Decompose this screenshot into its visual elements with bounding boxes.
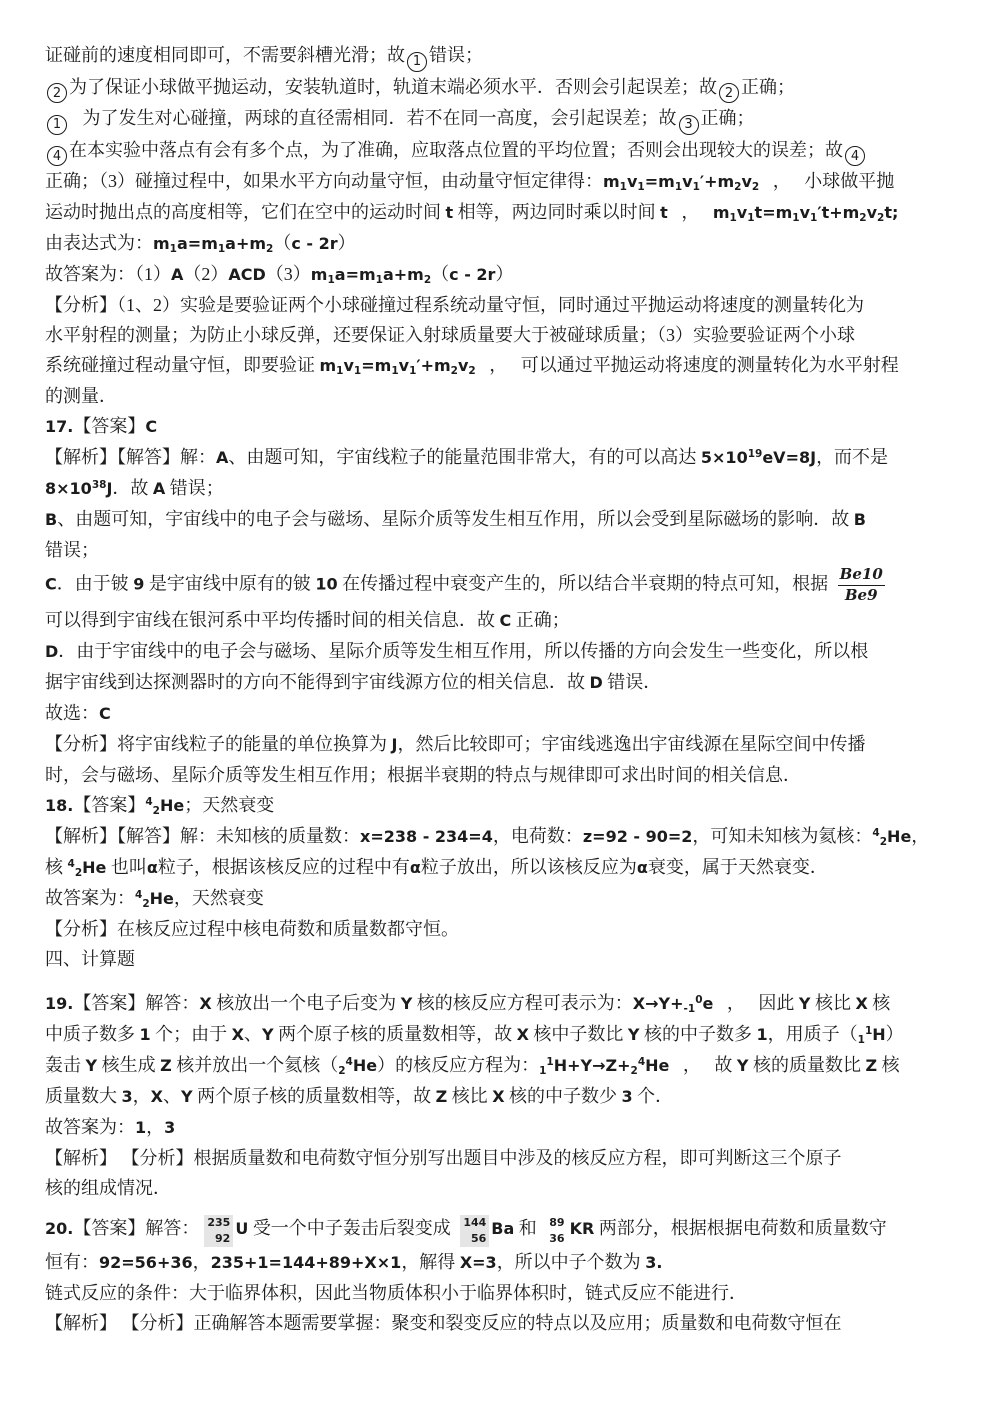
zh-text: ，用质子（	[768, 1024, 858, 1044]
doc-line: 水平射程的测量；为防止小球反弹，还要保证入射球质量要大于被碰球质量；（3）实验要…	[45, 320, 948, 350]
formula: C	[45, 575, 57, 594]
zh-text: 故答案为：（1）	[45, 264, 171, 284]
doc-line: B、由题可知，宇宙线中的电子会与磁场、星际介质等发生相互作用，所以会受到星际磁场…	[45, 504, 948, 535]
formula: Z	[160, 1056, 172, 1075]
formula: α	[147, 858, 158, 877]
formula: 1	[135, 1118, 146, 1137]
formula: x=238 - 234=4	[360, 827, 493, 846]
mass-number: 235	[204, 1215, 233, 1231]
fraction: Be10Be9	[838, 565, 885, 605]
zh-text: 【分析】将宇宙线粒子的能量的单位换算为	[45, 734, 392, 754]
formula: Y	[628, 1025, 640, 1044]
doc-line: 4在本实验中落点有会有多个点，为了准确，应取落点位置的平均位置；否则会出现较大的…	[45, 135, 948, 167]
zh-text: 核	[45, 857, 68, 877]
zh-text: 个．	[633, 1086, 674, 1106]
doc-line: 证碰前的速度相同即可，不需要斜槽光滑；故1错误；	[45, 40, 948, 72]
zh-text: ；天然衰变	[184, 795, 274, 815]
zh-text: 在传播过程中衰变产生的，所以结合半衰期的特点可知，根据	[338, 574, 833, 594]
zh-text: （2）	[183, 264, 228, 284]
zh-text: 链式反应的条件：大于临界体积，因此当物质体积小于临界体积时，链式反应不能进行．	[45, 1283, 747, 1303]
formula: 3	[622, 1087, 633, 1106]
zh-text: ， 因此	[713, 993, 799, 1013]
formula: 11H	[858, 1025, 886, 1044]
zh-text: ， 故	[669, 1055, 737, 1075]
doc-line: 质量数大 3，X、Y 两个原子核的质量数相等，故 Z 核比 X 核的中子数少 3…	[45, 1081, 948, 1112]
circled-number: 1	[407, 52, 427, 72]
zh-text: 【分析】在核反应过程中核电荷数和质量数都守恒。	[45, 919, 459, 939]
formula: X	[199, 994, 211, 1013]
formula: 1	[140, 1025, 151, 1044]
formula: X=3	[460, 1253, 497, 1272]
zh-text: 【答案】解答：	[73, 993, 199, 1013]
fraction-denominator: Be9	[838, 586, 885, 606]
formula: 42He	[872, 827, 911, 846]
nuclide-stack: 14456	[460, 1215, 489, 1247]
zh-text: 故答案为：	[45, 1117, 135, 1137]
formula: ACD	[228, 265, 265, 284]
formula: t	[660, 203, 668, 222]
zh-text: 【解析】 【分析】根据质量数和电荷数守恒分别写出题目中涉及的核反应方程，即可判断…	[45, 1148, 842, 1168]
doc-line: 【解析】【解答】解：A、由题可知，宇宙线粒子的能量范围非常大，有的可以高达 5×…	[45, 442, 948, 473]
zh-text: 由表达式为：	[45, 233, 153, 253]
zh-text: 在本实验中落点有会有多个点，为了准确，应取落点位置的平均位置；否则会出现较大的误…	[69, 140, 843, 160]
formula: Y	[737, 1056, 749, 1075]
doc-line: 时，会与磁场、星际介质等发生相互作用；根据半衰期的特点与规律即可求出时间的相关信…	[45, 760, 948, 790]
zh-text: 正确；（3）碰撞过程中，如果水平方向动量守恒，由动量守恒定律得：	[45, 171, 603, 191]
doc-line: 1 为了发生对心碰撞，两球的直径需相同．若不在同一高度，会引起误差；故3正确；	[45, 103, 948, 135]
zh-text: 、	[163, 1086, 181, 1106]
zh-text: ，	[668, 202, 713, 222]
zh-text: 核的组成情况．	[45, 1178, 171, 1198]
doc-line: 故答案为：42He，天然衰变	[45, 883, 948, 914]
fraction-numerator: Be10	[838, 565, 885, 586]
formula: m1a=m1a+m2	[153, 234, 273, 253]
circled-number: 3	[679, 115, 699, 135]
formula: X→Y+-10e	[633, 994, 714, 1013]
formula: 5×1019eV=8J	[701, 448, 816, 467]
doc-line: 8×1038J．故 A 错误；	[45, 473, 948, 504]
circled-number: 1	[47, 115, 67, 135]
doc-line: 可以得到宇宙线在银河系中平均传播时间的相关信息．故 C 正确；	[45, 605, 948, 636]
doc-line: 18.【答案】42He；天然衰变	[45, 790, 948, 821]
zh-text: 故选：	[45, 703, 99, 723]
doc-line: 核的组成情况．	[45, 1173, 948, 1203]
mass-number: 89	[546, 1215, 567, 1231]
zh-text: 核	[868, 993, 891, 1013]
doc-line: 轰击 Y 核生成 Z 核并放出一个氦核（24He）的核反应方程为：11H+Y→Z…	[45, 1050, 948, 1081]
zh-text: 核的质量数比	[748, 1055, 865, 1075]
formula: 8×1038J	[45, 479, 112, 498]
formula: m1v1t=m1v1′t+m2v2t;	[713, 203, 899, 222]
zh-text: ．由于铍	[57, 574, 134, 594]
doc-line: 20.【答案】解答：23592U 受一个中子轰击后裂变成 14456Ba 和 8…	[45, 1213, 948, 1247]
formula: X	[151, 1087, 163, 1106]
zh-text: 是宇宙线中原有的铍	[144, 574, 315, 594]
doc-line: 【解析】 【分析】正确解答本题需要掌握：聚变和裂变反应的特点以及应用；质量数和电…	[45, 1308, 948, 1338]
formula: Y	[181, 1087, 193, 1106]
formula: B	[45, 510, 57, 529]
zh-text: 两部分，根据根据电荷数和质量数守	[594, 1218, 887, 1238]
doc-line: 链式反应的条件：大于临界体积，因此当物质体积小于临界体积时，链式反应不能进行．	[45, 1278, 948, 1308]
document-page: 证碰前的速度相同即可，不需要斜槽光滑；故1错误；2为了保证小球做平抛运动，安装轨…	[0, 0, 992, 1403]
zh-text: 正确；	[741, 77, 795, 97]
doc-line: 错误；	[45, 535, 948, 565]
formula: 24He	[338, 1056, 377, 1075]
atomic-number: 36	[546, 1231, 567, 1247]
zh-text: 核中子数比	[529, 1024, 628, 1044]
zh-text: 、	[244, 1024, 262, 1044]
formula: 3	[122, 1087, 133, 1106]
formula: m1a=m1a+m2	[311, 265, 431, 284]
doc-line: 17.【答案】C	[45, 411, 948, 442]
zh-text: 核的中子数少	[505, 1086, 622, 1106]
doc-line: 【解析】 【分析】根据质量数和电荷数守恒分别写出题目中涉及的核反应方程，即可判断…	[45, 1143, 948, 1173]
doc-line: 四、计算题	[45, 944, 948, 974]
zh-text: 【解析】 【分析】正确解答本题需要掌握：聚变和裂变反应的特点以及应用；质量数和电…	[45, 1313, 842, 1333]
zh-text: （	[273, 233, 291, 253]
zh-text: 【答案】解答：	[73, 1218, 199, 1238]
formula: m1v1=m1v1′+m2v2	[320, 356, 476, 375]
zh-text: 粒子，根据该核反应的过程中有	[158, 857, 410, 877]
zh-text: 为了发生对心碰撞，两球的直径需相同．若不在同一高度，会引起误差；故	[69, 108, 677, 128]
formula: Z	[865, 1056, 877, 1075]
doc-line: 故选：C	[45, 698, 948, 729]
formula: z=92 - 90=2	[583, 827, 693, 846]
doc-line: 中质子数多 1 个；由于 X、Y 两个原子核的质量数相等，故 X 核中子数比 Y…	[45, 1019, 948, 1050]
zh-text: 核的核反应方程可表示为：	[412, 993, 633, 1013]
zh-text: ）的核反应方程为：	[377, 1055, 539, 1075]
formula: Y	[86, 1056, 98, 1075]
zh-text: 恒有：	[45, 1252, 99, 1272]
zh-text: 【解析】【解答】解：未知核的质量数：	[45, 826, 360, 846]
doc-line: 由表达式为：m1a=m1a+m2（c - 2r）	[45, 228, 948, 259]
formula: Y	[799, 994, 811, 1013]
zh-text: 核	[877, 1055, 900, 1075]
zh-text: 正确；	[701, 108, 755, 128]
formula: B	[854, 510, 866, 529]
doc-line: 核 42He 也叫α粒子，根据该核反应的过程中有α粒子放出，所以该核反应为α衰变…	[45, 852, 948, 883]
zh-text: 正确；	[511, 610, 570, 630]
formula: D	[590, 673, 603, 692]
zh-text: 核的中子数多	[640, 1024, 757, 1044]
zh-text: ，然后比较即可；宇宙线逃逸出宇宙线源在星际空间中传播	[397, 734, 865, 754]
formula: 42He	[68, 858, 107, 877]
formula: m1v1=m1v1′+m2v2	[603, 172, 759, 191]
circled-number: 2	[719, 83, 739, 103]
zh-text: 、由题可知，宇宙线中的电子会与磁场、星际介质等发生相互作用，所以会受到星际磁场的…	[57, 509, 854, 529]
doc-line: 【分析】（1、2）实验是要验证两个小球碰撞过程系统动量守恒，同时通过平抛运动将速…	[45, 290, 948, 320]
formula: C	[500, 611, 512, 630]
zh-text: ，而不是	[816, 447, 888, 467]
zh-text: ，电荷数：	[493, 826, 583, 846]
zh-text: 运动时抛出点的高度相等，它们在空中的运动时间	[45, 202, 446, 222]
formula: α	[410, 858, 421, 877]
circled-number: 4	[845, 146, 865, 166]
zh-text: 核比	[810, 993, 855, 1013]
doc-line: 【解析】【解答】解：未知核的质量数：x=238 - 234=4，电荷数：z=92…	[45, 821, 948, 852]
zh-text: ．故	[112, 478, 153, 498]
zh-text: 两个原子核的质量数相等，故	[193, 1086, 436, 1106]
zh-text: 错误．	[603, 672, 662, 692]
formula: Y	[262, 1025, 274, 1044]
zh-text: ，天然衰变	[174, 888, 264, 908]
zh-text: ，可知未知核为氦核：	[692, 826, 872, 846]
zh-text: 水平射程的测量；为防止小球反弹，还要保证入射球质量要大于被碰球质量；（3）实验要…	[45, 325, 855, 345]
zh-text: 错误；	[45, 540, 99, 560]
circled-number: 4	[47, 146, 67, 166]
zh-text: ）	[886, 1024, 904, 1044]
doc-line: 故答案为：（1）A（2）ACD（3）m1a=m1a+m2（c - 2r）	[45, 259, 948, 290]
zh-text: 时，会与磁场、星际介质等发生相互作用；根据半衰期的特点与规律即可求出时间的相关信…	[45, 765, 801, 785]
formula: A	[171, 265, 183, 284]
formula: X	[855, 994, 867, 1013]
formula: KR	[570, 1219, 595, 1238]
zh-text: ， 小球做平抛	[759, 171, 894, 191]
formula: D	[45, 642, 58, 661]
zh-text: ，	[911, 826, 929, 846]
zh-text: ，	[146, 1117, 164, 1137]
formula: C	[99, 704, 111, 723]
zh-text: 轰击	[45, 1055, 86, 1075]
formula: 11H+Y→Z+24He	[539, 1056, 669, 1075]
zh-text: ）	[495, 264, 513, 284]
formula: X	[232, 1025, 244, 1044]
zh-text: ，	[133, 1086, 151, 1106]
formula: C	[145, 417, 157, 436]
formula: U	[235, 1219, 248, 1238]
formula: Y	[401, 994, 413, 1013]
formula: c - 2r	[449, 265, 495, 284]
zh-text: 核比	[447, 1086, 492, 1106]
formula: t	[446, 203, 454, 222]
zh-text: 两个原子核的质量数相等，故	[274, 1024, 517, 1044]
zh-text: ）	[338, 233, 356, 253]
doc-line: 正确；（3）碰撞过程中，如果水平方向动量守恒，由动量守恒定律得：m1v1=m1v…	[45, 166, 948, 197]
zh-text: 【答案】	[73, 416, 145, 436]
zh-text: ，所以中子个数为	[497, 1252, 646, 1272]
zh-text: 质量数大	[45, 1086, 122, 1106]
formula: α	[637, 858, 648, 877]
doc-line: 故答案为：1，3	[45, 1112, 948, 1143]
zh-text: 受一个中子轰击后裂变成	[248, 1218, 455, 1238]
formula: Ba	[491, 1219, 514, 1238]
zh-text: 也叫	[106, 857, 147, 877]
zh-text: 四、计算题	[45, 949, 135, 969]
zh-text: ， 可以通过平抛运动将速度的测量转化为水平射程	[476, 355, 899, 375]
zh-text: 粒子放出，所以该核反应为	[421, 857, 637, 877]
formula: A	[153, 479, 165, 498]
formula: 18.	[45, 796, 73, 815]
zh-text: 【答案】	[73, 795, 145, 815]
zh-text: 【分析】（1、2）实验是要验证两个小球碰撞过程系统动量守恒，同时通过平抛运动将速…	[45, 295, 864, 315]
formula: 92=56+36	[99, 1253, 193, 1272]
zh-text: 可以得到宇宙线在银河系中平均传播时间的相关信息．故	[45, 610, 500, 630]
doc-line: 【分析】将宇宙线粒子的能量的单位换算为 J，然后比较即可；宇宙线逃逸出宇宙线源在…	[45, 729, 948, 760]
atomic-number: 92	[204, 1231, 233, 1247]
zh-text: ．由于宇宙线中的电子会与磁场、星际介质等发生相互作用，所以传播的方向会发生一些变…	[58, 641, 868, 661]
zh-text: 核并放出一个氦核（	[172, 1055, 339, 1075]
formula: X	[517, 1025, 529, 1044]
zh-text: 核生成	[97, 1055, 160, 1075]
doc-line: 据宇宙线到达探测器时的方向不能得到宇宙线源方位的相关信息．故 D 错误．	[45, 667, 948, 698]
mass-number: 144	[460, 1215, 489, 1231]
zh-text: 【解析】【解答】解：	[45, 447, 216, 467]
zh-text: 据宇宙线到达探测器时的方向不能得到宇宙线源方位的相关信息．故	[45, 672, 590, 692]
doc-line: 的测量．	[45, 381, 948, 411]
formula: 10	[315, 575, 337, 594]
formula: 20.	[45, 1219, 73, 1238]
zh-text: 和	[514, 1218, 541, 1238]
formula: Z	[436, 1087, 448, 1106]
formula: 42He	[145, 796, 184, 815]
formula: 1	[757, 1025, 768, 1044]
zh-text: （	[431, 264, 449, 284]
zh-text: 衰变，属于天然衰变．	[648, 857, 828, 877]
atomic-number: 56	[460, 1231, 489, 1247]
doc-line: 【分析】在核反应过程中核电荷数和质量数都守恒。	[45, 914, 948, 944]
doc-line: 2为了保证小球做平抛运动，安装轨道时，轨道末端必须水平．否则会引起误差；故2正确…	[45, 72, 948, 104]
formula: 235+1=144+89+X×1	[211, 1253, 402, 1272]
circled-number: 2	[47, 83, 67, 103]
formula: 3.	[645, 1253, 662, 1272]
zh-text: 个；由于	[151, 1024, 232, 1044]
zh-text: 错误；	[429, 45, 483, 65]
nuclide-stack: 23592	[204, 1215, 233, 1247]
formula: c - 2r	[291, 234, 337, 253]
doc-line: D．由于宇宙线中的电子会与磁场、星际介质等发生相互作用，所以传播的方向会发生一些…	[45, 636, 948, 667]
zh-text: 相等，两边同时乘以时间	[453, 202, 660, 222]
zh-text: 、由题可知，宇宙线粒子的能量范围非常大，有的可以高达	[228, 447, 701, 467]
doc-line: 系统碰撞过程动量守恒，即要验证 m1v1=m1v1′+m2v2 ， 可以通过平抛…	[45, 350, 948, 381]
zh-text: （3）	[266, 264, 311, 284]
zh-text: ，	[193, 1252, 211, 1272]
zh-text: 的测量．	[45, 386, 117, 406]
nuclide-stack: 8936	[546, 1215, 567, 1247]
zh-text: 为了保证小球做平抛运动，安装轨道时，轨道末端必须水平．否则会引起误差；故	[69, 77, 717, 97]
zh-text: ，解得	[401, 1252, 460, 1272]
zh-text: 系统碰撞过程动量守恒，即要验证	[45, 355, 320, 375]
formula: A	[216, 448, 228, 467]
formula: 17.	[45, 417, 73, 436]
zh-text: 中质子数多	[45, 1024, 140, 1044]
formula: X	[492, 1087, 504, 1106]
zh-text: 证碰前的速度相同即可，不需要斜槽光滑；故	[45, 45, 405, 65]
formula: 19.	[45, 994, 73, 1013]
doc-line: 19.【答案】解答：X 核放出一个电子后变为 Y 核的核反应方程可表示为：X→Y…	[45, 988, 948, 1019]
formula: 3	[164, 1118, 175, 1137]
zh-text: 核放出一个电子后变为	[212, 993, 401, 1013]
doc-line: 恒有：92=56+36，235+1=144+89+X×1，解得 X=3，所以中子…	[45, 1247, 948, 1278]
zh-text: 故答案为：	[45, 888, 135, 908]
zh-text: 错误；	[165, 478, 224, 498]
doc-line: C．由于铍 9 是宇宙线中原有的铍 10 在传播过程中衰变产生的，所以结合半衰期…	[45, 565, 948, 605]
formula: 42He	[135, 889, 174, 908]
doc-line: 运动时抛出点的高度相等，它们在空中的运动时间 t 相等，两边同时乘以时间 t ，…	[45, 197, 948, 228]
formula: 9	[133, 575, 144, 594]
